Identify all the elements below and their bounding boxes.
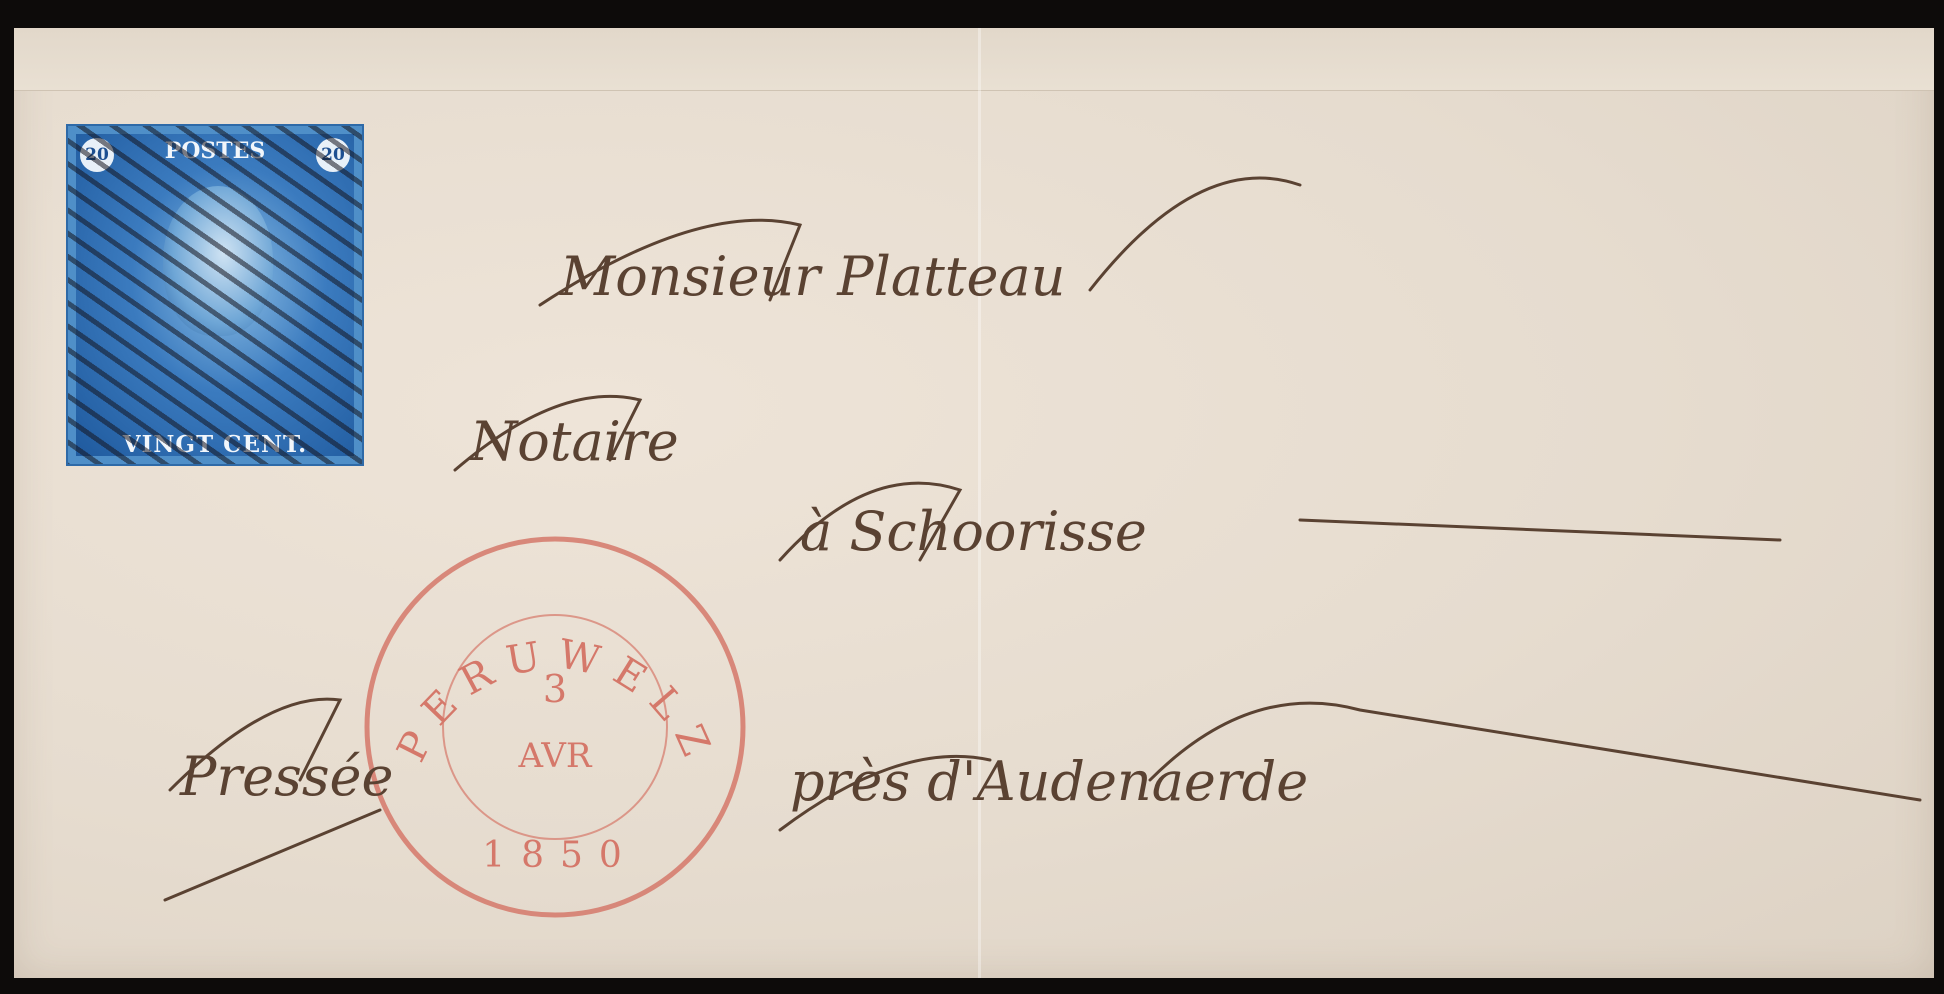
address-line-2: Notaire [468, 410, 679, 473]
address-line-3: à Schoorisse [800, 500, 1147, 563]
handwritten-annotation: Pressée [179, 745, 393, 808]
address-line-1: Monsieur Platteau [559, 245, 1065, 308]
handwriting: Monsieur Platteau Notaire à Schoorisse p… [0, 0, 1944, 994]
address-line-4: près d'Audenaerde [790, 750, 1308, 813]
